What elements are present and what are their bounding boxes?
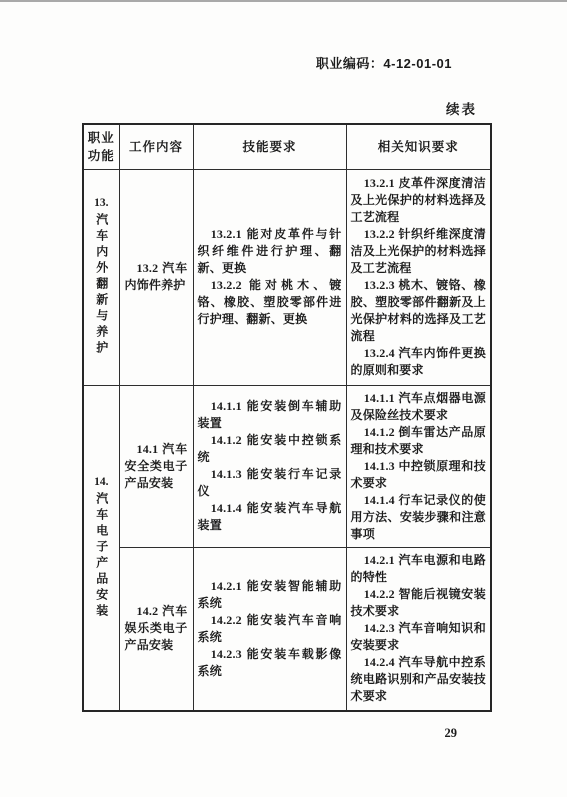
knowledge-item: 14.2.1 汽车电源和电路的特性 <box>351 552 487 586</box>
knowledge-item: 14.1.2 倒车雷达产品原理和技术要求 <box>351 424 487 458</box>
work-content-cell-14-2: 14.2 汽车娱乐类电子产品安装 <box>119 547 193 711</box>
function-cell-14: 14. 汽车电子产品安装 <box>83 385 119 711</box>
function-14-number: 14. <box>94 476 108 489</box>
knowledge-item: 13.2.2 针织纤维深度清洁及上光保护的材料选择及工艺流程 <box>351 226 487 277</box>
skills-cell-14-1: 14.1.1 能安装倒车辅助装置 14.1.2 能安装中控锁系统 14.1.3 … <box>193 385 346 547</box>
function-14-title: 汽车电子产品安装 <box>94 492 109 620</box>
function-14-block: 14. 汽车电子产品安装 <box>85 476 118 620</box>
knowledge-cell-13-2: 13.2.1 皮革件深度清洁及上光保护的材料选择及工艺流程 13.2.2 针织纤… <box>346 169 491 385</box>
knowledge-item: 13.2.4 汽车内饰件更换的原则和要求 <box>351 345 487 379</box>
occupation-code-header: 职业编码：4-12-01-01 <box>316 53 452 72</box>
work-content-14-1: 14.1 汽车安全类电子产品安装 <box>125 441 188 492</box>
skill-item: 14.1.1 能安装倒车辅助装置 <box>198 398 342 432</box>
skill-item: 14.2.1 能安装智能辅助系统 <box>198 578 342 612</box>
page-number: 29 <box>445 726 458 741</box>
knowledge-item: 14.1.3 中控锁原理和技术要求 <box>351 458 487 492</box>
continued-table-label: 续表 <box>446 98 477 118</box>
skill-item: 14.2.3 能安装车载影像系统 <box>198 646 342 680</box>
header-skill-requirements: 技能要求 <box>193 124 346 169</box>
work-content-13-2: 13.2 汽车内饰件养护 <box>125 260 188 294</box>
knowledge-item: 13.2.3 桃木、镀铬、橡胶、塑胶零部件翻新及上光保护材料的选择及工艺流程 <box>351 277 487 345</box>
knowledge-item: 13.2.1 皮革件深度清洁及上光保护的材料选择及工艺流程 <box>351 175 487 226</box>
work-content-cell-13-2: 13.2 汽车内饰件养护 <box>119 169 193 385</box>
knowledge-item: 14.2.3 汽车音响知识和安装要求 <box>351 620 487 654</box>
table-row-14-1: 14. 汽车电子产品安装 14.1 汽车安全类电子产品安装 14.1.1 能安装… <box>83 385 491 547</box>
occupational-standard-table: 职业功能 工作内容 技能要求 相关知识要求 13. 汽车内外翻新与养护 13.2… <box>82 123 492 712</box>
function-cell-13: 13. 汽车内外翻新与养护 <box>83 169 119 385</box>
function-13-block: 13. 汽车内外翻新与养护 <box>85 197 118 357</box>
skills-cell-14-2: 14.2.1 能安装智能辅助系统 14.2.2 能安装汽车音响系统 14.2.3… <box>193 547 346 711</box>
function-13-title: 汽车内外翻新与养护 <box>94 213 109 357</box>
knowledge-cell-14-1: 14.1.1 汽车点烟器电源及保险丝技术要求 14.1.2 倒车雷达产品原理和技… <box>346 385 491 547</box>
knowledge-item: 14.1.4 行车记录仪的使用方法、安装步骤和注意事项 <box>351 492 487 543</box>
knowledge-item: 14.1.1 汽车点烟器电源及保险丝技术要求 <box>351 390 487 424</box>
knowledge-item: 14.2.2 智能后视镜安装技术要求 <box>351 586 487 620</box>
skill-item: 14.2.2 能安装汽车音响系统 <box>198 612 342 646</box>
skill-item: 13.2.1 能对皮革件与针织纤维件进行护理、翻新、更换 <box>198 226 342 277</box>
function-13-number: 13. <box>94 197 108 210</box>
skill-item: 14.1.3 能安装行车记录仪 <box>198 466 342 500</box>
header-work-content: 工作内容 <box>119 124 193 169</box>
document-page: 职业编码：4-12-01-01 续表 职业功能 工作内容 技能要求 相关知识要求… <box>0 0 567 797</box>
skill-item: 14.1.2 能安装中控锁系统 <box>198 432 342 466</box>
skill-item: 14.1.4 能安装汽车导航装置 <box>198 500 342 534</box>
knowledge-cell-14-2: 14.2.1 汽车电源和电路的特性 14.2.2 智能后视镜安装技术要求 14.… <box>346 547 491 711</box>
skill-item: 13.2.2 能对桃木、镀铬、橡胶、塑胶零部件进行护理、翻新、更换 <box>198 277 342 328</box>
header-occupation-function: 职业功能 <box>83 124 119 169</box>
work-content-14-2: 14.2 汽车娱乐类电子产品安装 <box>125 603 188 654</box>
table-header-row: 职业功能 工作内容 技能要求 相关知识要求 <box>83 124 491 169</box>
header-knowledge-requirements: 相关知识要求 <box>346 124 491 169</box>
knowledge-item: 14.2.4 汽车导航中控系统电路识别和产品安装技术要求 <box>351 654 487 705</box>
table-row-13-2: 13. 汽车内外翻新与养护 13.2 汽车内饰件养护 13.2.1 能对皮革件与… <box>83 169 491 385</box>
skills-cell-13-2: 13.2.1 能对皮革件与针织纤维件进行护理、翻新、更换 13.2.2 能对桃木… <box>193 169 346 385</box>
work-content-cell-14-1: 14.1 汽车安全类电子产品安装 <box>119 385 193 547</box>
table-row-14-2: 14.2 汽车娱乐类电子产品安装 14.2.1 能安装智能辅助系统 14.2.2… <box>83 547 491 711</box>
scan-edge-line <box>0 0 567 2</box>
